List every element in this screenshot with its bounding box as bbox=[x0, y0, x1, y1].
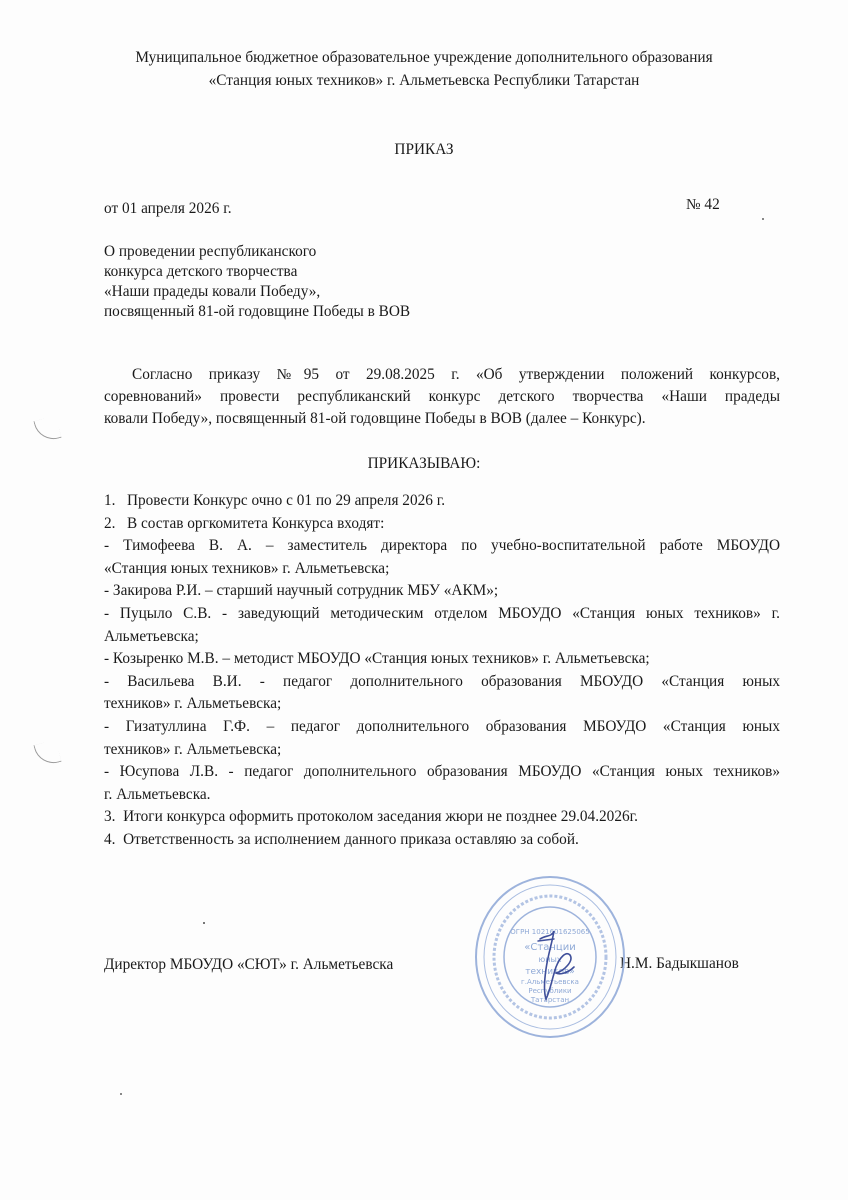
punch-mark-icon bbox=[33, 415, 61, 443]
order-heading: ПРИКАЗЫВАЮ: bbox=[0, 455, 848, 473]
signatory-position: Директор МБОУДО «СЮТ» г. Альметьевска bbox=[104, 955, 393, 975]
order-item-4: 4. Ответственность за исполнением данног… bbox=[104, 829, 780, 852]
preamble-line: соревнований» провести республиканский к… bbox=[104, 386, 780, 408]
order-item-1: 1. Провести Конкурс очно с 01 по 29 апре… bbox=[104, 490, 780, 513]
preamble: Согласно приказу №95 от 29.08.2025 г. «О… bbox=[104, 364, 780, 430]
punch-mark-icon bbox=[33, 739, 61, 767]
order-item-2: 2. В состав оргкомитета Конкурса входят: bbox=[104, 513, 780, 536]
order-subject: О проведении республиканского конкурса д… bbox=[104, 242, 410, 322]
subject-line: «Наши прадеды ковали Победу», bbox=[104, 282, 410, 302]
preamble-line: Согласно приказу №95 от 29.08.2025 г. «О… bbox=[104, 364, 780, 386]
handwritten-signature-icon bbox=[530, 925, 580, 1005]
org-name-line1: Муниципальное бюджетное образовательное … bbox=[0, 48, 848, 68]
committee-member: - Васильева В.И. - педагог дополнительно… bbox=[104, 671, 780, 716]
committee-member: - Тимофеева В. А. – заместитель директор… bbox=[104, 535, 780, 580]
scan-speck bbox=[203, 922, 205, 924]
committee-member: - Гизатуллина Г.Ф. – педагог дополнитель… bbox=[104, 716, 780, 761]
committee-member: - Юсупова Л.В. - педагог дополнительного… bbox=[104, 761, 780, 806]
committee-member: - Пуцыло С.В. - заведующий методическим … bbox=[104, 603, 780, 648]
preamble-line: ковали Победу», посвященный 81-ой годовщ… bbox=[104, 408, 780, 430]
committee-member: - Закирова Р.И. – старший научный сотруд… bbox=[104, 580, 780, 603]
document-type: ПРИКАЗ bbox=[0, 141, 848, 159]
subject-line: О проведении республиканского bbox=[104, 242, 410, 262]
order-item-3: 3. Итоги конкурса оформить протоколом за… bbox=[104, 806, 780, 829]
org-name-line2: «Станция юных техников» г. Альметьевска … bbox=[0, 71, 848, 91]
scan-speck bbox=[120, 1093, 122, 1095]
order-date: от 01 апреля 2026 г. bbox=[104, 199, 232, 219]
committee-member: - Козыренко М.В. – методист МБОУДО «Стан… bbox=[104, 648, 780, 671]
subject-line: конкурса детского творчества bbox=[104, 262, 410, 282]
order-number: № 42 bbox=[686, 196, 720, 214]
scan-speck bbox=[762, 218, 764, 220]
signatory-name: Н.М. Бадыкшанов bbox=[620, 955, 739, 973]
subject-line: посвященный 81-ой годовщине Победы в ВОВ bbox=[104, 302, 410, 322]
order-items: 1. Провести Конкурс очно с 01 по 29 апре… bbox=[104, 490, 780, 852]
